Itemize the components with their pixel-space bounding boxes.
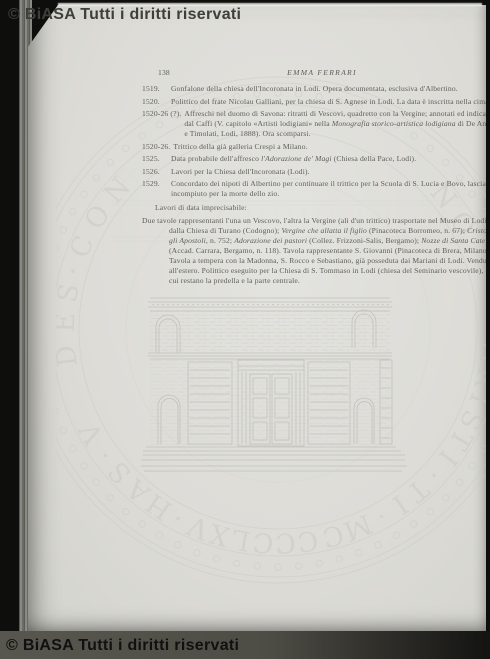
catalog-entry: 1526.Lavori per la Chiesa dell'Incoronat… xyxy=(142,167,490,177)
entry-text: Data probabile dell'affresco l'Adorazion… xyxy=(171,154,490,164)
entry-year: 1526. xyxy=(142,167,168,177)
text-run: (Collez. Frizzoni-Salis, Bergamo); xyxy=(307,236,421,245)
stamp-letter: L xyxy=(230,522,253,556)
facade-engraving xyxy=(140,296,410,481)
copyright-watermark-bottom: © BiASA Tutti i diritti riservati xyxy=(6,637,239,655)
entry-text: Gonfalone della chiesa dell'Incoronata i… xyxy=(171,84,490,94)
entry-year: 1520. xyxy=(142,97,168,107)
text-run: Polittico del frate Nicolau Galliani, pe… xyxy=(171,97,490,106)
stamp-letter: V xyxy=(74,417,111,450)
stamp-letter: C xyxy=(252,526,275,558)
entry-year: 1519. xyxy=(142,84,168,94)
text-run: Gonfalone della chiesa dell'Incoronata i… xyxy=(171,84,458,93)
subheading: Lavori di data imprecisabile: xyxy=(155,203,490,213)
entry-text: Affreschi nel duomo di Savona: ritratti … xyxy=(184,109,490,139)
stamp-letter: C xyxy=(295,524,320,558)
entry-year: 1525. xyxy=(142,154,168,164)
stamp-letter: H xyxy=(473,339,490,366)
italic-run: Adorazione dei pastori xyxy=(234,236,307,245)
page-content: 138 EMMA FERRARI 1519.Gonfalone della ch… xyxy=(142,68,490,286)
text-run: (Chiesa della Pace, Lodi). xyxy=(332,154,417,163)
stamp-letter: R xyxy=(468,364,490,391)
text-run: (Accad. Carrara, Bergamo, n. 118). Tavol… xyxy=(169,246,490,285)
catalog-entry: 1525.Data probabile dell'affresco l'Ador… xyxy=(142,154,490,164)
catalog-entry: 1529.Concordato dei nipoti di Albertino … xyxy=(142,179,490,199)
entry-text: Trittico della già galleria Crespi a Mil… xyxy=(173,142,490,152)
running-title: EMMA FERRARI xyxy=(142,68,490,78)
stamp-letter: O xyxy=(79,200,117,235)
entry-year: 1520-26 (?). xyxy=(142,109,181,139)
undated-works-paragraph: Due tavole rappresentanti l'una un Vesco… xyxy=(142,216,490,286)
catalog-entry: 1520-26 (?).Affreschi nel duomo di Savon… xyxy=(142,109,490,139)
catalog-entry: 1519.Gonfalone della chiesa dell'Incoron… xyxy=(142,84,490,94)
entry-text: Lavori per la Chiesa dell'Incoronata (Lo… xyxy=(171,167,490,177)
italic-run: Nozze di Santa Caterina xyxy=(421,236,490,245)
entry-text: Polittico del frate Nicolau Galliani, pe… xyxy=(171,97,490,107)
running-head: 138 EMMA FERRARI xyxy=(142,68,490,84)
stamp-letter: C xyxy=(64,231,101,262)
text-run: Lavori per la Chiesa dell'Incoronata (Lo… xyxy=(171,167,310,176)
italic-run: Vergine che allatta il figlio xyxy=(281,226,366,235)
italic-run: l'Adorazione de' Magi xyxy=(261,154,332,163)
copyright-watermark-top: © BiASA Tutti i diritti riservati xyxy=(8,6,241,24)
entry-year: 1529. xyxy=(142,179,168,199)
stamp-letter: C xyxy=(275,527,297,559)
text-run: , n. 752; xyxy=(206,236,234,245)
text-run: (Pinacoteca Borromeo, n. 67); xyxy=(367,226,467,235)
text-run: Data probabile dell'affresco xyxy=(171,154,261,163)
stamp-letter: D xyxy=(56,343,84,368)
text-run: Trittico della già galleria Crespi a Mil… xyxy=(173,142,307,151)
stamp-letter: E xyxy=(56,312,81,333)
catalog-entry: 1520-26.Trittico della già galleria Cres… xyxy=(142,142,490,152)
scanned-page: DES·CONNOHRISTI·TI·MCCCCLXV·HAS·V xyxy=(28,5,486,632)
italic-run: Monografia storico-artistica lodigiana xyxy=(332,119,456,128)
entry-year: 1520-26. xyxy=(142,142,170,152)
text-run: Concordato dei nipoti di Albertino per c… xyxy=(171,179,490,198)
stamp-letter: S xyxy=(56,281,86,305)
entry-list: 1519.Gonfalone della chiesa dell'Incoron… xyxy=(142,84,490,199)
entry-text: Concordato dei nipoti di Albertino per c… xyxy=(171,179,490,199)
stamp-letter: · xyxy=(58,263,90,280)
catalog-entry: 1520.Polittico del frate Nicolau Gallian… xyxy=(142,97,490,107)
stamp-letter: I xyxy=(463,389,490,409)
